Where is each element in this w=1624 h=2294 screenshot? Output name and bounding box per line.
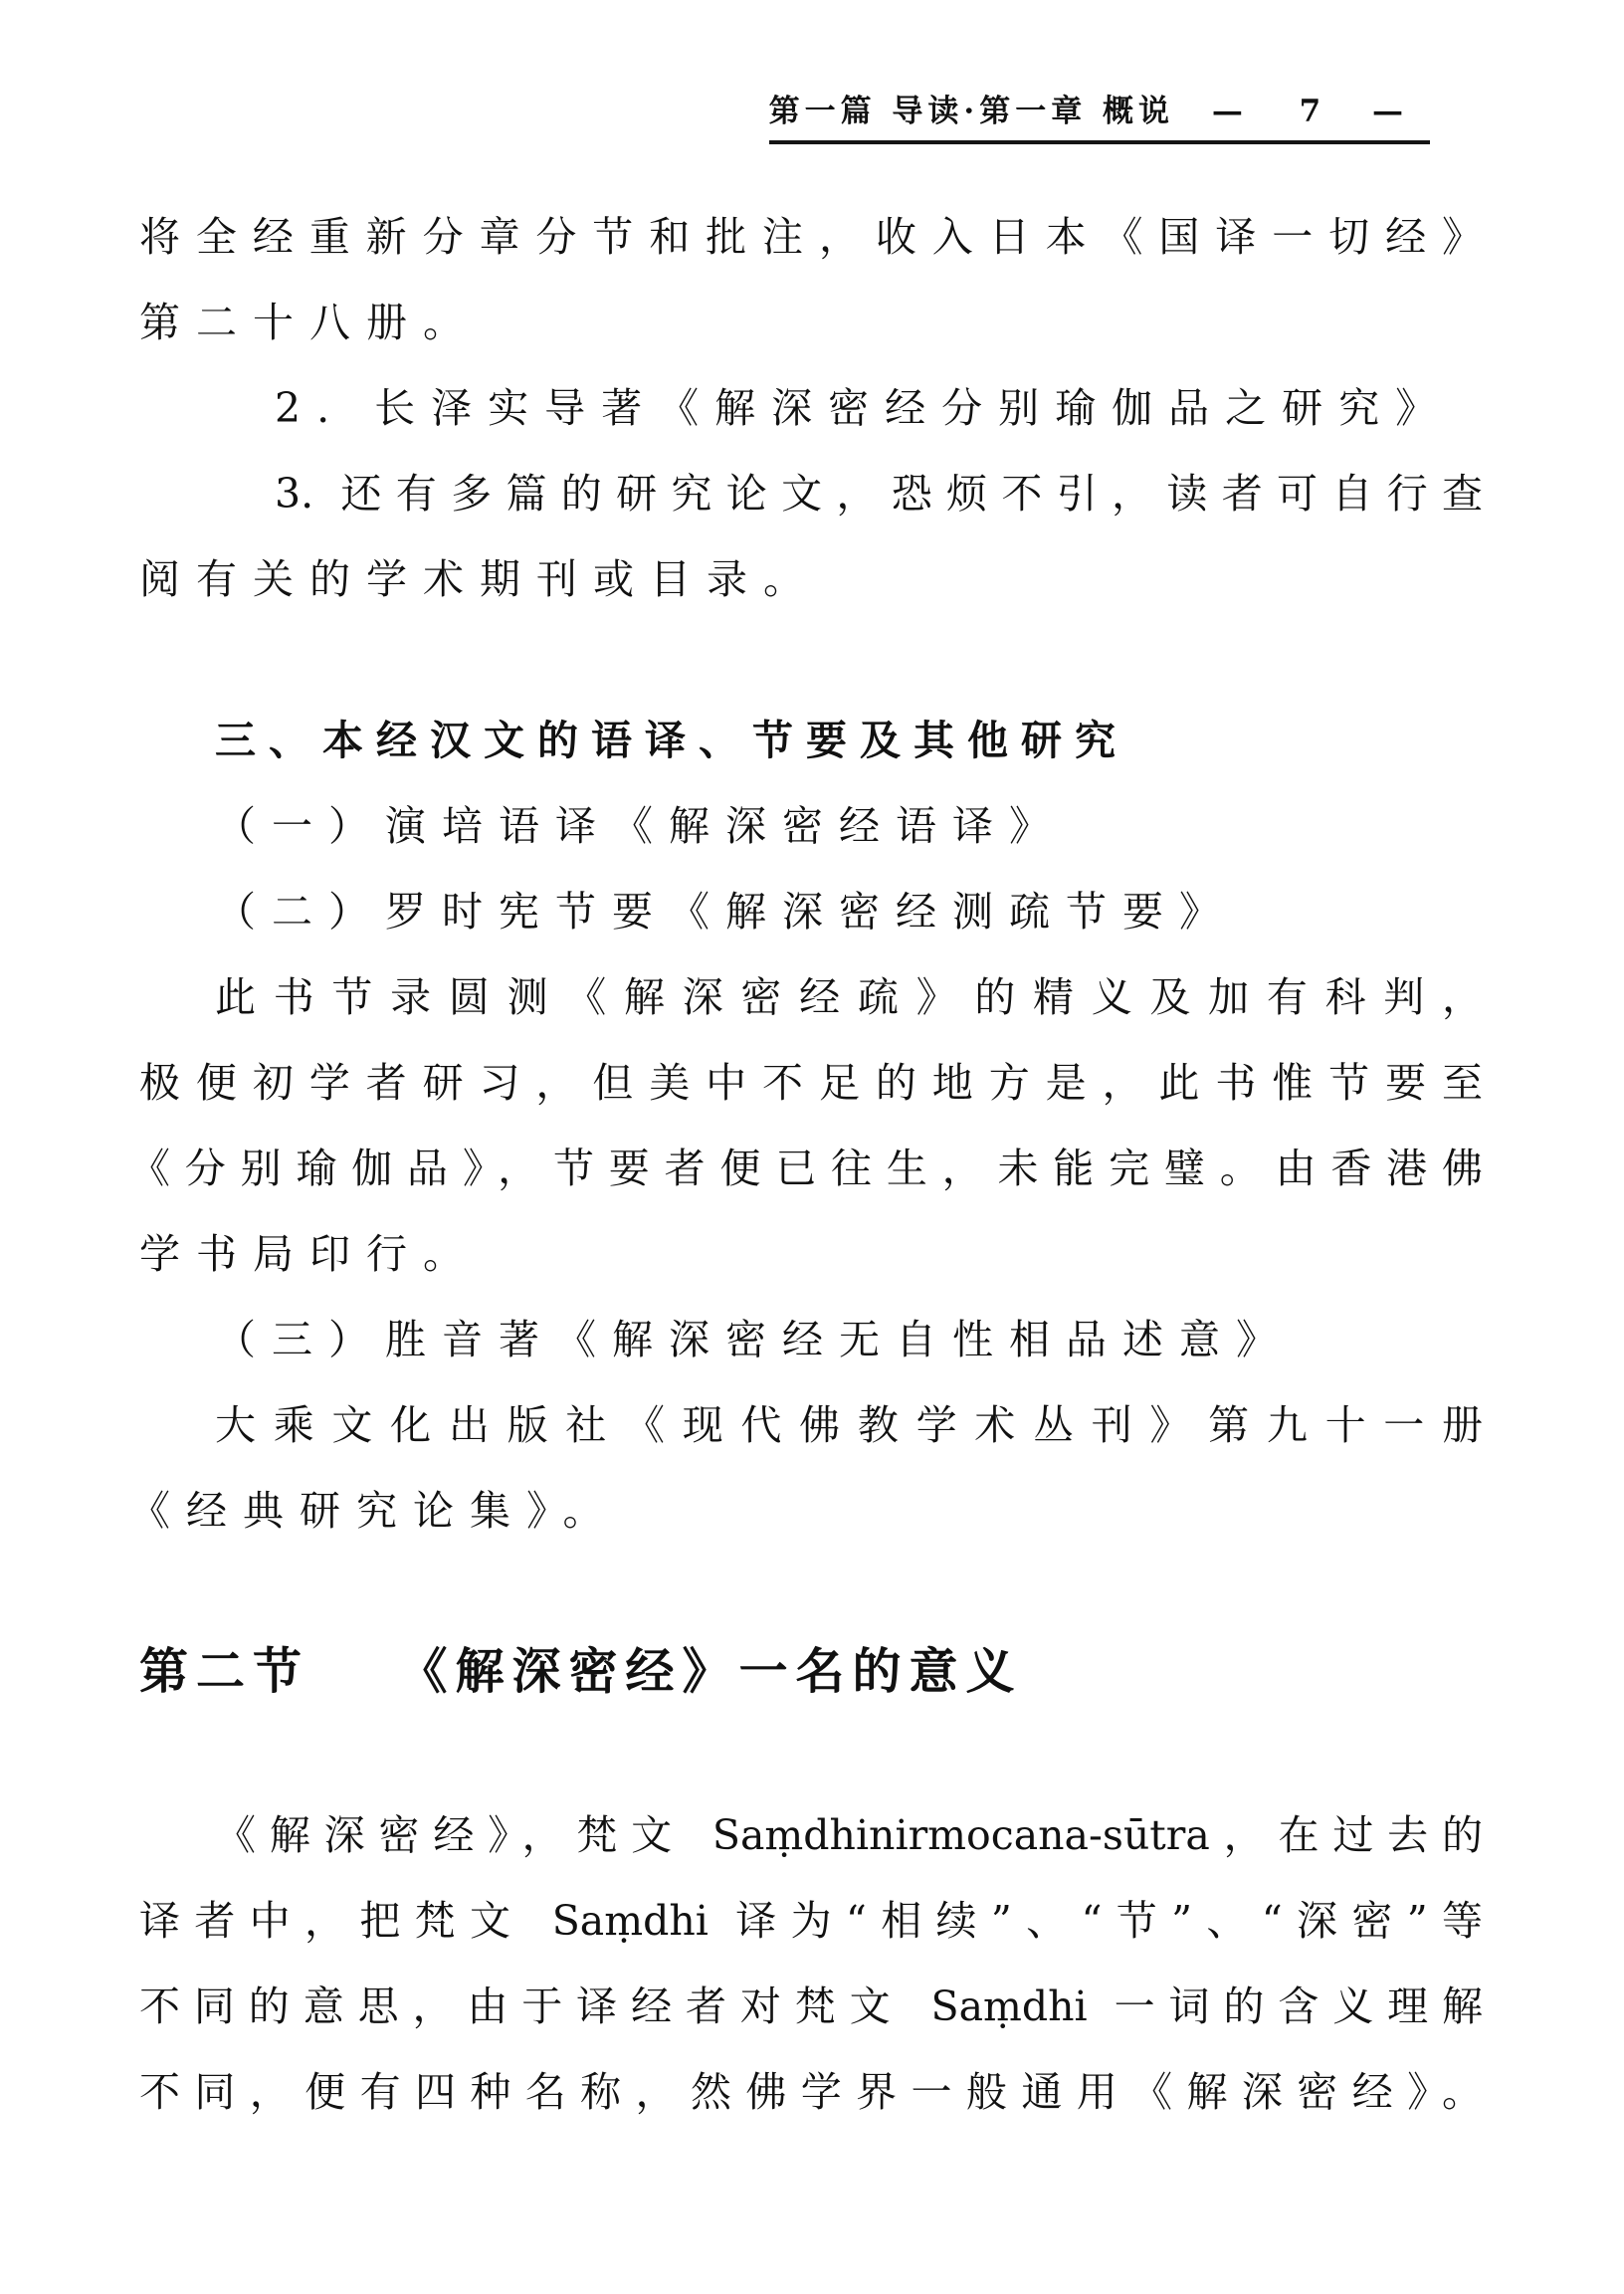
numbered-item: 2. 长泽实导著《解深密经分别瑜伽品之研究》 [139, 365, 1483, 451]
running-header: 第一篇 导读·第一章 概说 — 7 — [0, 86, 1430, 144]
list-item: （三）胜音著《解深密经无自性相品述意》 [139, 1297, 1483, 1382]
text-line: 第二十八册。 [139, 280, 1483, 365]
header-dash-left: — [1212, 94, 1248, 129]
numbered-item: 3. 还有多篇的研究论文，恐烦不引，读者可自行查 [139, 451, 1483, 536]
text-line: 《经典研究论集》。 [129, 1468, 1483, 1554]
text-line: 不同，便有四种名称，然佛学界一般通用《解深密经》。 [139, 2049, 1483, 2135]
list-item: （二）罗时宪节要《解深密经测疏节要》 [139, 869, 1483, 954]
text-line: 将全经重新分章分节和批注，收入日本《国译一切经》 [139, 194, 1483, 280]
header-dash-right: — [1372, 94, 1408, 129]
text-line: 译者中，把梵文 Saṃdhi 译为“相续”、“节”、“深密”等 [139, 1878, 1483, 1964]
page-body: 将全经重新分章分节和批注，收入日本《国译一切经》 第二十八册。 2. 长泽实导著… [139, 194, 1483, 2135]
text-line: 《分别瑜伽品》，节要者便已往生，未能完璧。由香港佛 [129, 1126, 1483, 1211]
text-line: 大乘文化出版社《现代佛教学术丛刊》第九十一册 [139, 1382, 1483, 1468]
book-page: 第一篇 导读·第一章 概说 — 7 — 将全经重新分章分节和批注，收入日本《国译… [0, 0, 1624, 2294]
running-header-text: 第一篇 导读·第一章 概说 — 7 — [769, 86, 1430, 144]
text-line: 阅有关的学术期刊或目录。 [139, 536, 1483, 622]
text-line: 学书局印行。 [139, 1211, 1483, 1297]
text-line: 此书节录圆测《解深密经疏》的精义及加有科判， [139, 954, 1483, 1040]
text-line: 不同的意思，由于译经者对梵文 Saṃdhi 一词的含义理解 [139, 1964, 1483, 2049]
list-item: （一）演培语译《解深密经语译》 [139, 783, 1483, 869]
header-chapter-title: 第一篇 导读·第一章 概说 [769, 94, 1174, 129]
text-line: 《解深密经》，梵文 Saṃdhinirmocana-sūtra，在过去的 [139, 1792, 1483, 1878]
page-number: 7 [1300, 94, 1321, 129]
subsection-heading: 三、本经汉文的语译、节要及其他研究 [139, 698, 1483, 783]
text-line: 极便初学者研习，但美中不足的地方是，此书惟节要至 [139, 1040, 1483, 1126]
section-title: 第二节 《解深密经》一名的意义 [139, 1623, 1483, 1719]
